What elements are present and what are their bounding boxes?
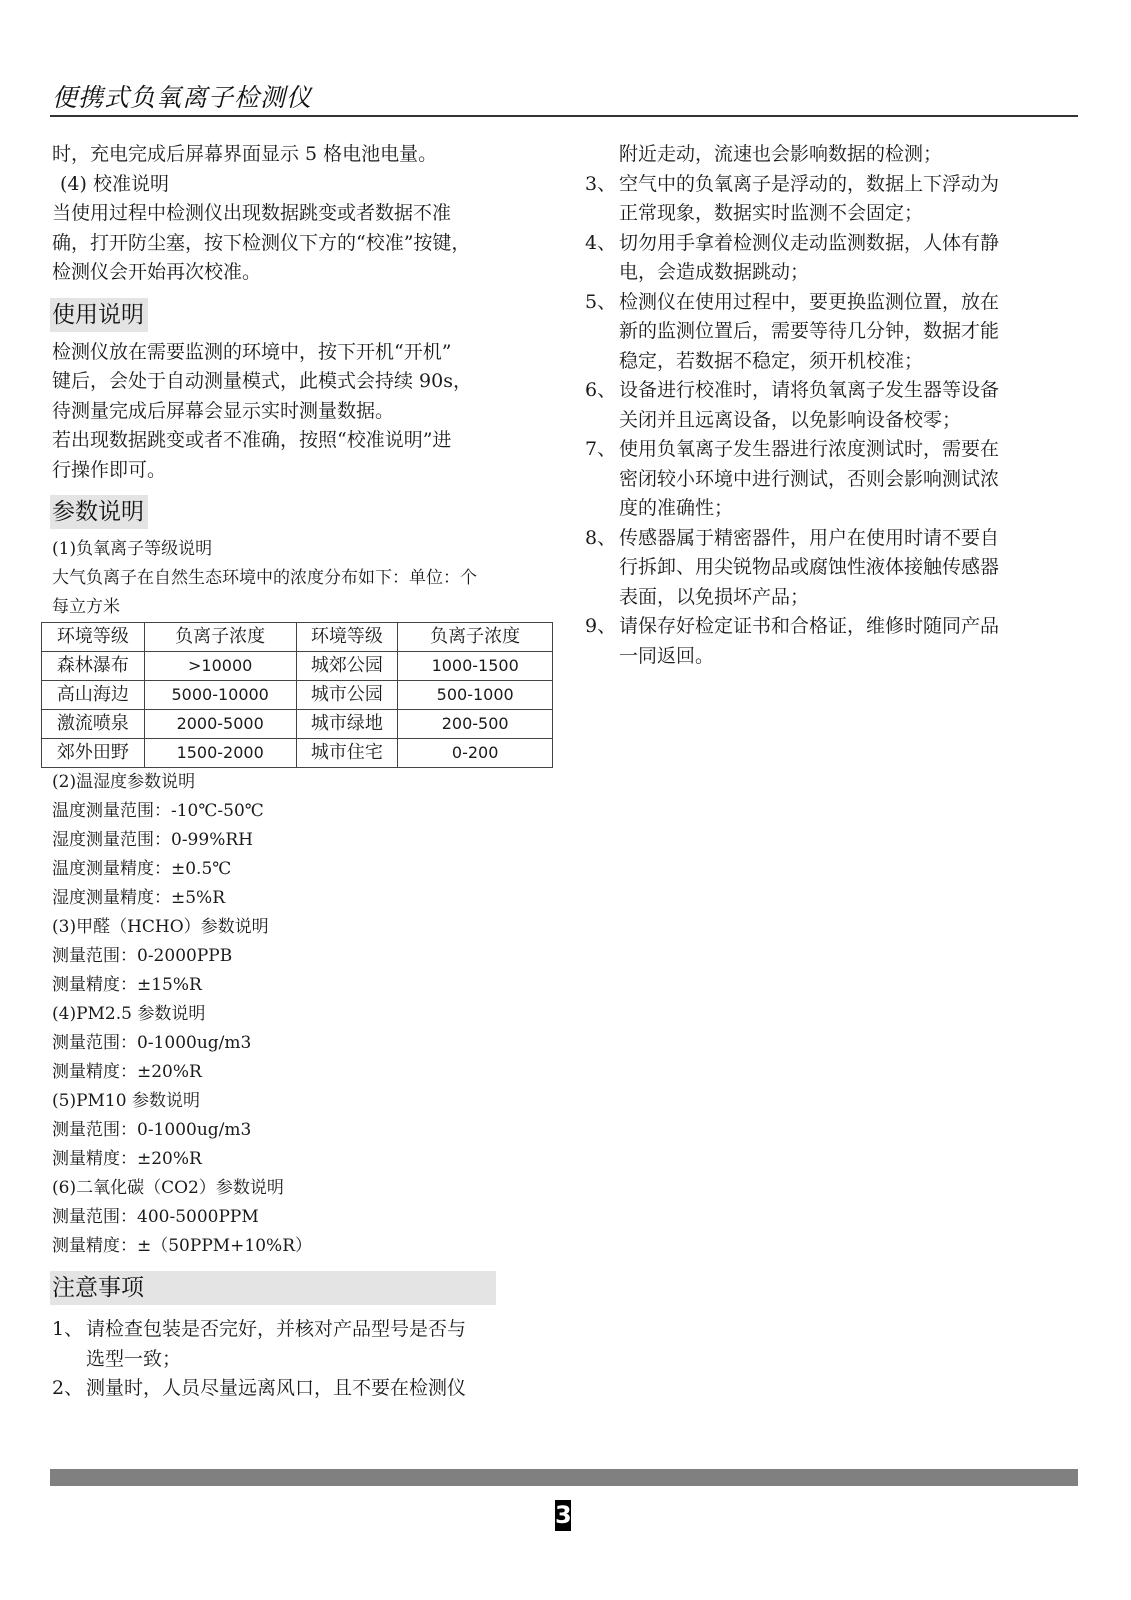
note-line: 密闭较小环境中进行测试，否则会影响测试浓: [619, 465, 1085, 495]
note-line: 电，会造成数据跳动；: [619, 258, 1085, 288]
note-line: 表面，以免损坏产品；: [619, 583, 1085, 613]
left-column: 时，充电完成后屏幕界面显示 5 格电池电量。 (4) 校准说明 当使用过程中检测…: [52, 140, 557, 1404]
param-line: 温度测量范围：-10℃-50℃: [52, 797, 557, 826]
note-number: 2、: [52, 1374, 86, 1404]
table-cell: 200-500: [398, 710, 553, 739]
table-cell: 0-200: [398, 739, 553, 768]
header-divider: [50, 115, 1078, 117]
note-number: 6、: [585, 376, 619, 435]
ion-level-table: 环境等级 负离子浓度 环境等级 负离子浓度 森林瀑布 >10000 城郊公园 1…: [41, 622, 553, 768]
calibration-line: 当使用过程中检测仪出现数据跳变或者数据不准: [52, 199, 557, 229]
usage-line: 待测量完成后屏幕会显示实时测量数据。: [52, 397, 557, 427]
table-cell: 城市公园: [296, 681, 398, 710]
param-line: 测量精度：±（50PPM+10%R）: [52, 1232, 557, 1261]
right-column: 附近走动，流速也会影响数据的检测； 3、 空气中的负氧离子是浮动的，数据上下浮动…: [585, 140, 1085, 671]
table-header: 负离子浓度: [398, 623, 553, 652]
note-item: 9、 请保存好检定证书和合格证，维修时随同产品 一同返回。: [585, 612, 1085, 671]
note-line: 附近走动，流速也会影响数据的检测；: [619, 140, 1085, 170]
calibration-title: (4) 校准说明: [52, 170, 557, 200]
note-line: 设备进行校准时，请将负氧离子发生器等设备: [619, 376, 1085, 406]
table-row: 激流喷泉 2000-5000 城市绿地 200-500: [42, 710, 553, 739]
table-cell: 2000-5000: [144, 710, 296, 739]
ion-levels-desc: 每立方米: [52, 593, 557, 622]
table-cell: 城郊公园: [296, 652, 398, 681]
notes-heading: 注意事项: [50, 1271, 496, 1305]
intro-line: 时，充电完成后屏幕界面显示 5 格电池电量。: [52, 140, 557, 170]
note-number: 8、: [585, 524, 619, 613]
note-line: 检测仪在使用过程中，要更换监测位置，放在: [619, 288, 1085, 318]
calibration-line: 检测仪会开始再次校准。: [52, 258, 557, 288]
note-number: 1、: [52, 1315, 86, 1374]
param-line: 测量范围：0-1000ug/m3: [52, 1116, 557, 1145]
note-number: 4、: [585, 229, 619, 288]
param-line: 测量精度：±20%R: [52, 1145, 557, 1174]
note-line: 度的准确性；: [619, 494, 1085, 524]
note-line: 一同返回。: [619, 642, 1085, 672]
note-line: 请检查包装是否完好，并核对产品型号是否与: [86, 1315, 557, 1345]
note-item: 8、 传感器属于精密器件，用户在使用时请不要自 行拆卸、用尖锐物品或腐蚀性液体接…: [585, 524, 1085, 613]
note-line: 新的监测位置后，需要等待几分钟，数据才能: [619, 317, 1085, 347]
note-item: 7、 使用负氧离子发生器进行浓度测试时，需要在 密闭较小环境中进行测试，否则会影…: [585, 435, 1085, 524]
param-line: 湿度测量范围：0-99%RH: [52, 826, 557, 855]
pm25-title: (4)PM2.5 参数说明: [52, 1000, 557, 1029]
table-cell: 高山海边: [42, 681, 145, 710]
table-cell: >10000: [144, 652, 296, 681]
usage-line: 键后，会处于自动测量模式，此模式会持续 90s，: [52, 367, 557, 397]
table-cell: 城市住宅: [296, 739, 398, 768]
parameters-heading: 参数说明: [50, 495, 148, 529]
note-line: 正常现象，数据实时监测不会固定；: [619, 199, 1085, 229]
param-line: 湿度测量精度：±5%R: [52, 884, 557, 913]
param-line: 测量精度：±20%R: [52, 1058, 557, 1087]
note-number: 7、: [585, 435, 619, 524]
ion-levels-desc: 大气负离子在自然生态环境中的浓度分布如下：单位：个: [52, 564, 557, 593]
note-item: 4、 切勿用手拿着检测仪走动监测数据，人体有静 电，会造成数据跳动；: [585, 229, 1085, 288]
note-number: 9、: [585, 612, 619, 671]
footer-bar: [50, 1469, 1078, 1486]
table-cell: 1000-1500: [398, 652, 553, 681]
hcho-title: (3)甲醛（HCHO）参数说明: [52, 913, 557, 942]
param-line: 测量精度：±15%R: [52, 971, 557, 1000]
note-line: 选型一致；: [86, 1345, 557, 1375]
table-cell: 500-1000: [398, 681, 553, 710]
note-number: 3、: [585, 170, 619, 229]
param-line: 测量范围：0-1000ug/m3: [52, 1029, 557, 1058]
note-line: 行拆卸、用尖锐物品或腐蚀性液体接触传感器: [619, 553, 1085, 583]
temp-humidity-title: (2)温湿度参数说明: [52, 768, 557, 797]
param-line: 温度测量精度：±0.5℃: [52, 855, 557, 884]
table-cell: 1500-2000: [144, 739, 296, 768]
table-cell: 激流喷泉: [42, 710, 145, 739]
ion-levels-title: (1)负氧离子等级说明: [52, 535, 557, 564]
table-header: 环境等级: [296, 623, 398, 652]
param-line: 测量范围：0-2000PPB: [52, 942, 557, 971]
table-header: 环境等级: [42, 623, 145, 652]
note-item: 2、 测量时，人员尽量远离风口，且不要在检测仪: [52, 1374, 557, 1404]
note-item: 3、 空气中的负氧离子是浮动的，数据上下浮动为 正常现象，数据实时监测不会固定；: [585, 170, 1085, 229]
note-line: 切勿用手拿着检测仪走动监测数据，人体有静: [619, 229, 1085, 259]
note-line: 使用负氧离子发生器进行浓度测试时，需要在: [619, 435, 1085, 465]
co2-title: (6)二氧化碳（CO2）参数说明: [52, 1174, 557, 1203]
table-cell: 5000-10000: [144, 681, 296, 710]
param-line: 测量范围：400-5000PPM: [52, 1203, 557, 1232]
usage-line: 行操作即可。: [52, 456, 557, 486]
note-item: 6、 设备进行校准时，请将负氧离子发生器等设备 关闭并且远离设备，以免影响设备校…: [585, 376, 1085, 435]
table-row: 森林瀑布 >10000 城郊公园 1000-1500: [42, 652, 553, 681]
table-header-row: 环境等级 负离子浓度 环境等级 负离子浓度: [42, 623, 553, 652]
table-cell: 城市绿地: [296, 710, 398, 739]
pm10-title: (5)PM10 参数说明: [52, 1087, 557, 1116]
note-item: 5、 检测仪在使用过程中，要更换监测位置，放在 新的监测位置后，需要等待几分钟，…: [585, 288, 1085, 377]
usage-line: 若出现数据跳变或者不准确，按照“校准说明”进: [52, 426, 557, 456]
note-line: 测量时，人员尽量远离风口，且不要在检测仪: [86, 1374, 557, 1404]
document-title: 便携式负氧离子检测仪: [52, 78, 312, 114]
table-cell: 森林瀑布: [42, 652, 145, 681]
note-line: 传感器属于精密器件，用户在使用时请不要自: [619, 524, 1085, 554]
note-line: 请保存好检定证书和合格证，维修时随同产品: [619, 612, 1085, 642]
page-number: 3: [555, 1500, 571, 1531]
note-item: 1、 请检查包装是否完好，并核对产品型号是否与 选型一致；: [52, 1315, 557, 1374]
table-cell: 郊外田野: [42, 739, 145, 768]
note-line: 空气中的负氧离子是浮动的，数据上下浮动为: [619, 170, 1085, 200]
table-row: 郊外田野 1500-2000 城市住宅 0-200: [42, 739, 553, 768]
table-row: 高山海边 5000-10000 城市公园 500-1000: [42, 681, 553, 710]
note-line: 稳定，若数据不稳定，须开机校准；: [619, 347, 1085, 377]
usage-line: 检测仪放在需要监测的环境中，按下开机“开机”: [52, 338, 557, 368]
note-continuation: 附近走动，流速也会影响数据的检测；: [585, 140, 1085, 170]
table-header: 负离子浓度: [144, 623, 296, 652]
note-line: 关闭并且远离设备，以免影响设备校零；: [619, 406, 1085, 436]
note-number: 5、: [585, 288, 619, 377]
calibration-line: 确，打开防尘塞，按下检测仪下方的“校准”按键，: [52, 229, 557, 259]
usage-heading: 使用说明: [50, 298, 148, 332]
